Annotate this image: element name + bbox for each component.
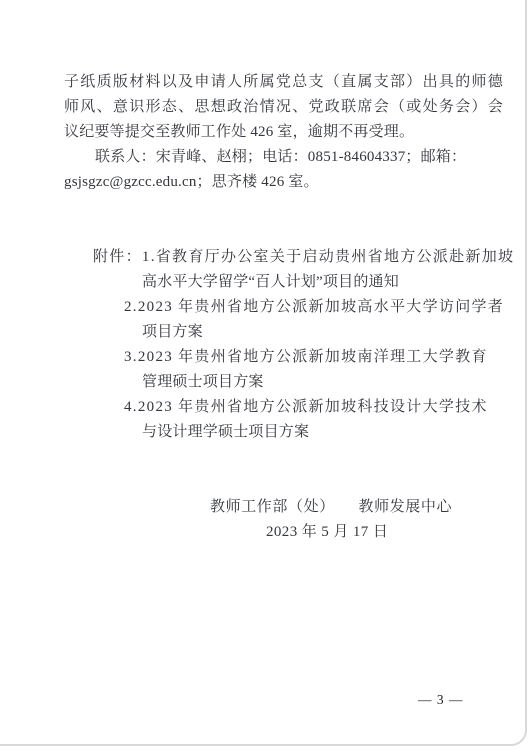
body-line: 议纪要等提交至教师工作处 426 室，逾期不再受理。 [64,120,506,145]
body-line: 子纸质版材料以及申请人所属党总支（直属支部）出具的师德 [64,70,506,95]
body-line: 师风、意识形态、思想政治情况、党政联席会（或处务会）会 [64,95,506,120]
signature-section: 教师工作部（处） 教师发展中心 2023 年 5 月 17 日 [64,495,506,545]
signature-date: 2023 年 5 月 17 日 [64,520,506,545]
email-line: gsjsgzc@gzcc.edu.cn；思齐楼 426 室。 [64,170,506,195]
attachment-section: 附件：1.省教育厅办公室关于启动贵州省地方公派赴新加坡 高水平大学留学“百人计划… [64,245,506,445]
document-page: 子纸质版材料以及申请人所属党总支（直属支部）出具的师德 师风、意识形态、思想政治… [64,70,506,545]
contact-line: 联系人：宋青峰、赵栩；电话：0851-84604337；邮箱： [64,145,506,170]
attachment-continuation-line: 项目方案 [64,320,506,345]
attachment-continuation-line: 高水平大学留学“百人计划”项目的通知 [64,270,506,295]
page-number: — 3 — [418,691,464,709]
attachment-continuation-line: 与设计理学硕士项目方案 [64,420,506,445]
signature-issuer: 教师工作部（处） 教师发展中心 [64,495,506,520]
attachment-item-line: 4.2023 年贵州省地方公派新加坡科技设计大学技术 [64,395,506,420]
attachment-item-line: 3.2023 年贵州省地方公派新加坡南洋理工大学教育 [64,345,506,370]
attachment-continuation-line: 管理硕士项目方案 [64,370,506,395]
body-paragraph: 子纸质版材料以及申请人所属党总支（直属支部）出具的师德 师风、意识形态、思想政治… [64,70,506,195]
attachment-item-line: 2.2023 年贵州省地方公派新加坡高水平大学访问学者 [64,295,506,320]
attachment-heading-line: 附件：1.省教育厅办公室关于启动贵州省地方公派赴新加坡 [64,245,506,270]
